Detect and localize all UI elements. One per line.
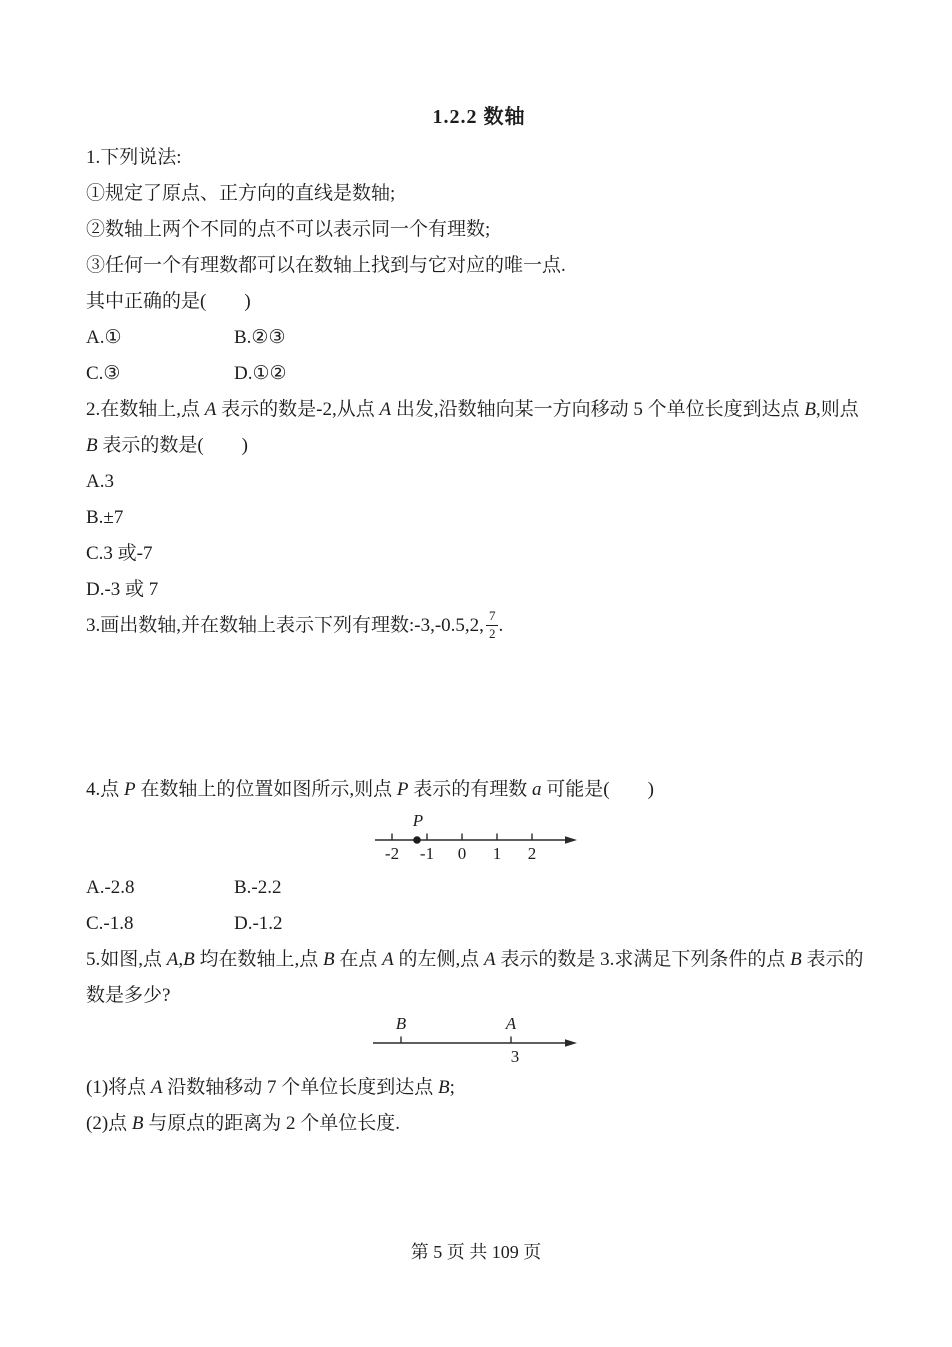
point-p-label: P <box>411 811 422 830</box>
axis-arrow-icon <box>565 836 577 844</box>
text-segment: . <box>498 615 503 636</box>
math-var: P <box>124 779 136 800</box>
q1-option-c: C.③ <box>86 356 234 392</box>
q2-option-d: D.-3 或 7 <box>86 572 872 608</box>
math-var: B <box>86 435 98 456</box>
q1-statement-1: ①规定了原点、正方向的直线是数轴; <box>86 176 872 212</box>
math-var: B <box>132 1113 144 1134</box>
point-a-value: 3 <box>510 1047 519 1066</box>
number-line-with-point-p: P -2 -1 0 1 2 <box>367 810 592 868</box>
fraction-numerator: 7 <box>486 609 499 626</box>
math-var: A <box>484 949 496 970</box>
q3-stem: 3.画出数轴,并在数轴上表示下列有理数:-3,-0.5,2,72. <box>86 608 872 644</box>
q4-option-d: D.-1.2 <box>234 913 283 934</box>
q5-sub-1: (1)将点 A 沿数轴移动 7 个单位长度到达点 B; <box>86 1070 872 1106</box>
math-var: A <box>382 949 394 970</box>
point-a-label: A <box>504 1014 516 1033</box>
text-segment: 在点 <box>335 949 383 970</box>
text-segment: 表示的数是-2,从点 <box>216 399 379 420</box>
q1-options-row-1: A.①B.②③ <box>86 320 872 356</box>
q5-figure: B A 3 <box>86 1016 872 1068</box>
math-var: B <box>323 949 335 970</box>
text-segment: 5.如图,点 <box>86 949 167 970</box>
q5-stem: 5.如图,点 A,B 均在数轴上,点 B 在点 A 的左侧,点 A 表示的数是 … <box>86 942 872 1014</box>
q1-prompt: 其中正确的是( ) <box>86 284 872 320</box>
tick-label: 1 <box>492 844 501 863</box>
q4-figure: P -2 -1 0 1 2 <box>86 810 872 868</box>
text-segment: 与原点的距离为 2 个单位长度. <box>144 1113 401 1134</box>
q2-option-c: C.3 或-7 <box>86 536 872 572</box>
text-segment: 表示的有理数 <box>409 779 533 800</box>
tick-label: 0 <box>457 844 466 863</box>
point-b-label: B <box>395 1014 406 1033</box>
math-var: B <box>790 949 802 970</box>
q4-options-row-1: A.-2.8B.-2.2 <box>86 870 872 906</box>
q4-stem: 4.点 P 在数轴上的位置如图所示,则点 P 表示的有理数 a 可能是( ) <box>86 772 872 808</box>
q1-statement-2: ②数轴上两个不同的点不可以表示同一个有理数; <box>86 212 872 248</box>
text-segment: 可能是( ) <box>542 779 654 800</box>
q1-options-row-2: C.③D.①② <box>86 356 872 392</box>
text-segment: (2)点 <box>86 1113 132 1134</box>
math-var: P <box>397 779 409 800</box>
text-segment: 均在数轴上,点 <box>195 949 323 970</box>
math-var: a <box>532 779 542 800</box>
tick-label: 2 <box>527 844 536 863</box>
q1-stem: 1.下列说法: <box>86 140 872 176</box>
q1-option-d: D.①② <box>234 363 287 384</box>
q1-option-a: A.① <box>86 320 234 356</box>
page-title: 1.2.2 数轴 <box>86 100 872 134</box>
q1-option-b: B.②③ <box>234 327 286 348</box>
math-var: B <box>804 399 816 420</box>
q4-option-a: A.-2.8 <box>86 870 234 906</box>
axis-arrow-icon <box>565 1039 577 1047</box>
number-line-with-points-a-b: B A 3 <box>367 1016 592 1068</box>
text-segment: 表示的数是 3.求满足下列条件的点 <box>496 949 791 970</box>
page-number-footer: 第 5 页 共 109 页 <box>0 1238 952 1264</box>
text-segment: 2.在数轴上,点 <box>86 399 205 420</box>
math-var: B <box>183 949 195 970</box>
text-segment: 沿数轴移动 7 个单位长度到达点 <box>163 1077 439 1098</box>
text-segment: (1)将点 <box>86 1077 151 1098</box>
q1-statement-3: ③任何一个有理数都可以在数轴上找到与它对应的唯一点. <box>86 248 872 284</box>
math-var: A <box>205 399 217 420</box>
text-segment: 3.画出数轴,并在数轴上表示下列有理数:-3,-0.5,2, <box>86 615 484 636</box>
text-segment: 出发,沿数轴向某一方向移动 5 个单位长度到达点 <box>391 399 804 420</box>
worksheet-page: 1.2.2 数轴 1.下列说法: ①规定了原点、正方向的直线是数轴; ②数轴上两… <box>86 100 872 1142</box>
fraction-seven-halves: 72 <box>486 609 499 642</box>
fraction-denominator: 2 <box>486 626 499 642</box>
q2-stem: 2.在数轴上,点 A 表示的数是-2,从点 A 出发,沿数轴向某一方向移动 5 … <box>86 392 872 464</box>
math-var: B <box>438 1077 450 1098</box>
point-p-dot <box>413 836 421 844</box>
math-var: A <box>379 399 391 420</box>
text-segment: 4.点 <box>86 779 124 800</box>
q4-options-row-2: C.-1.8D.-1.2 <box>86 906 872 942</box>
q4-option-c: C.-1.8 <box>86 906 234 942</box>
q2-option-b: B.±7 <box>86 500 872 536</box>
math-var: A <box>167 949 179 970</box>
q5-sub-2: (2)点 B 与原点的距离为 2 个单位长度. <box>86 1106 872 1142</box>
text-segment: 在数轴上的位置如图所示,则点 <box>136 779 397 800</box>
text-segment: 的左侧,点 <box>394 949 484 970</box>
q4-option-b: B.-2.2 <box>234 877 282 898</box>
tick-label: -1 <box>419 844 433 863</box>
text-segment: 表示的数是( ) <box>98 435 248 456</box>
text-segment: ; <box>450 1077 455 1098</box>
q2-option-a: A.3 <box>86 464 872 500</box>
text-segment: ,则点 <box>816 399 859 420</box>
tick-label: -2 <box>384 844 398 863</box>
math-var: A <box>151 1077 163 1098</box>
q3-answer-space <box>86 644 872 772</box>
